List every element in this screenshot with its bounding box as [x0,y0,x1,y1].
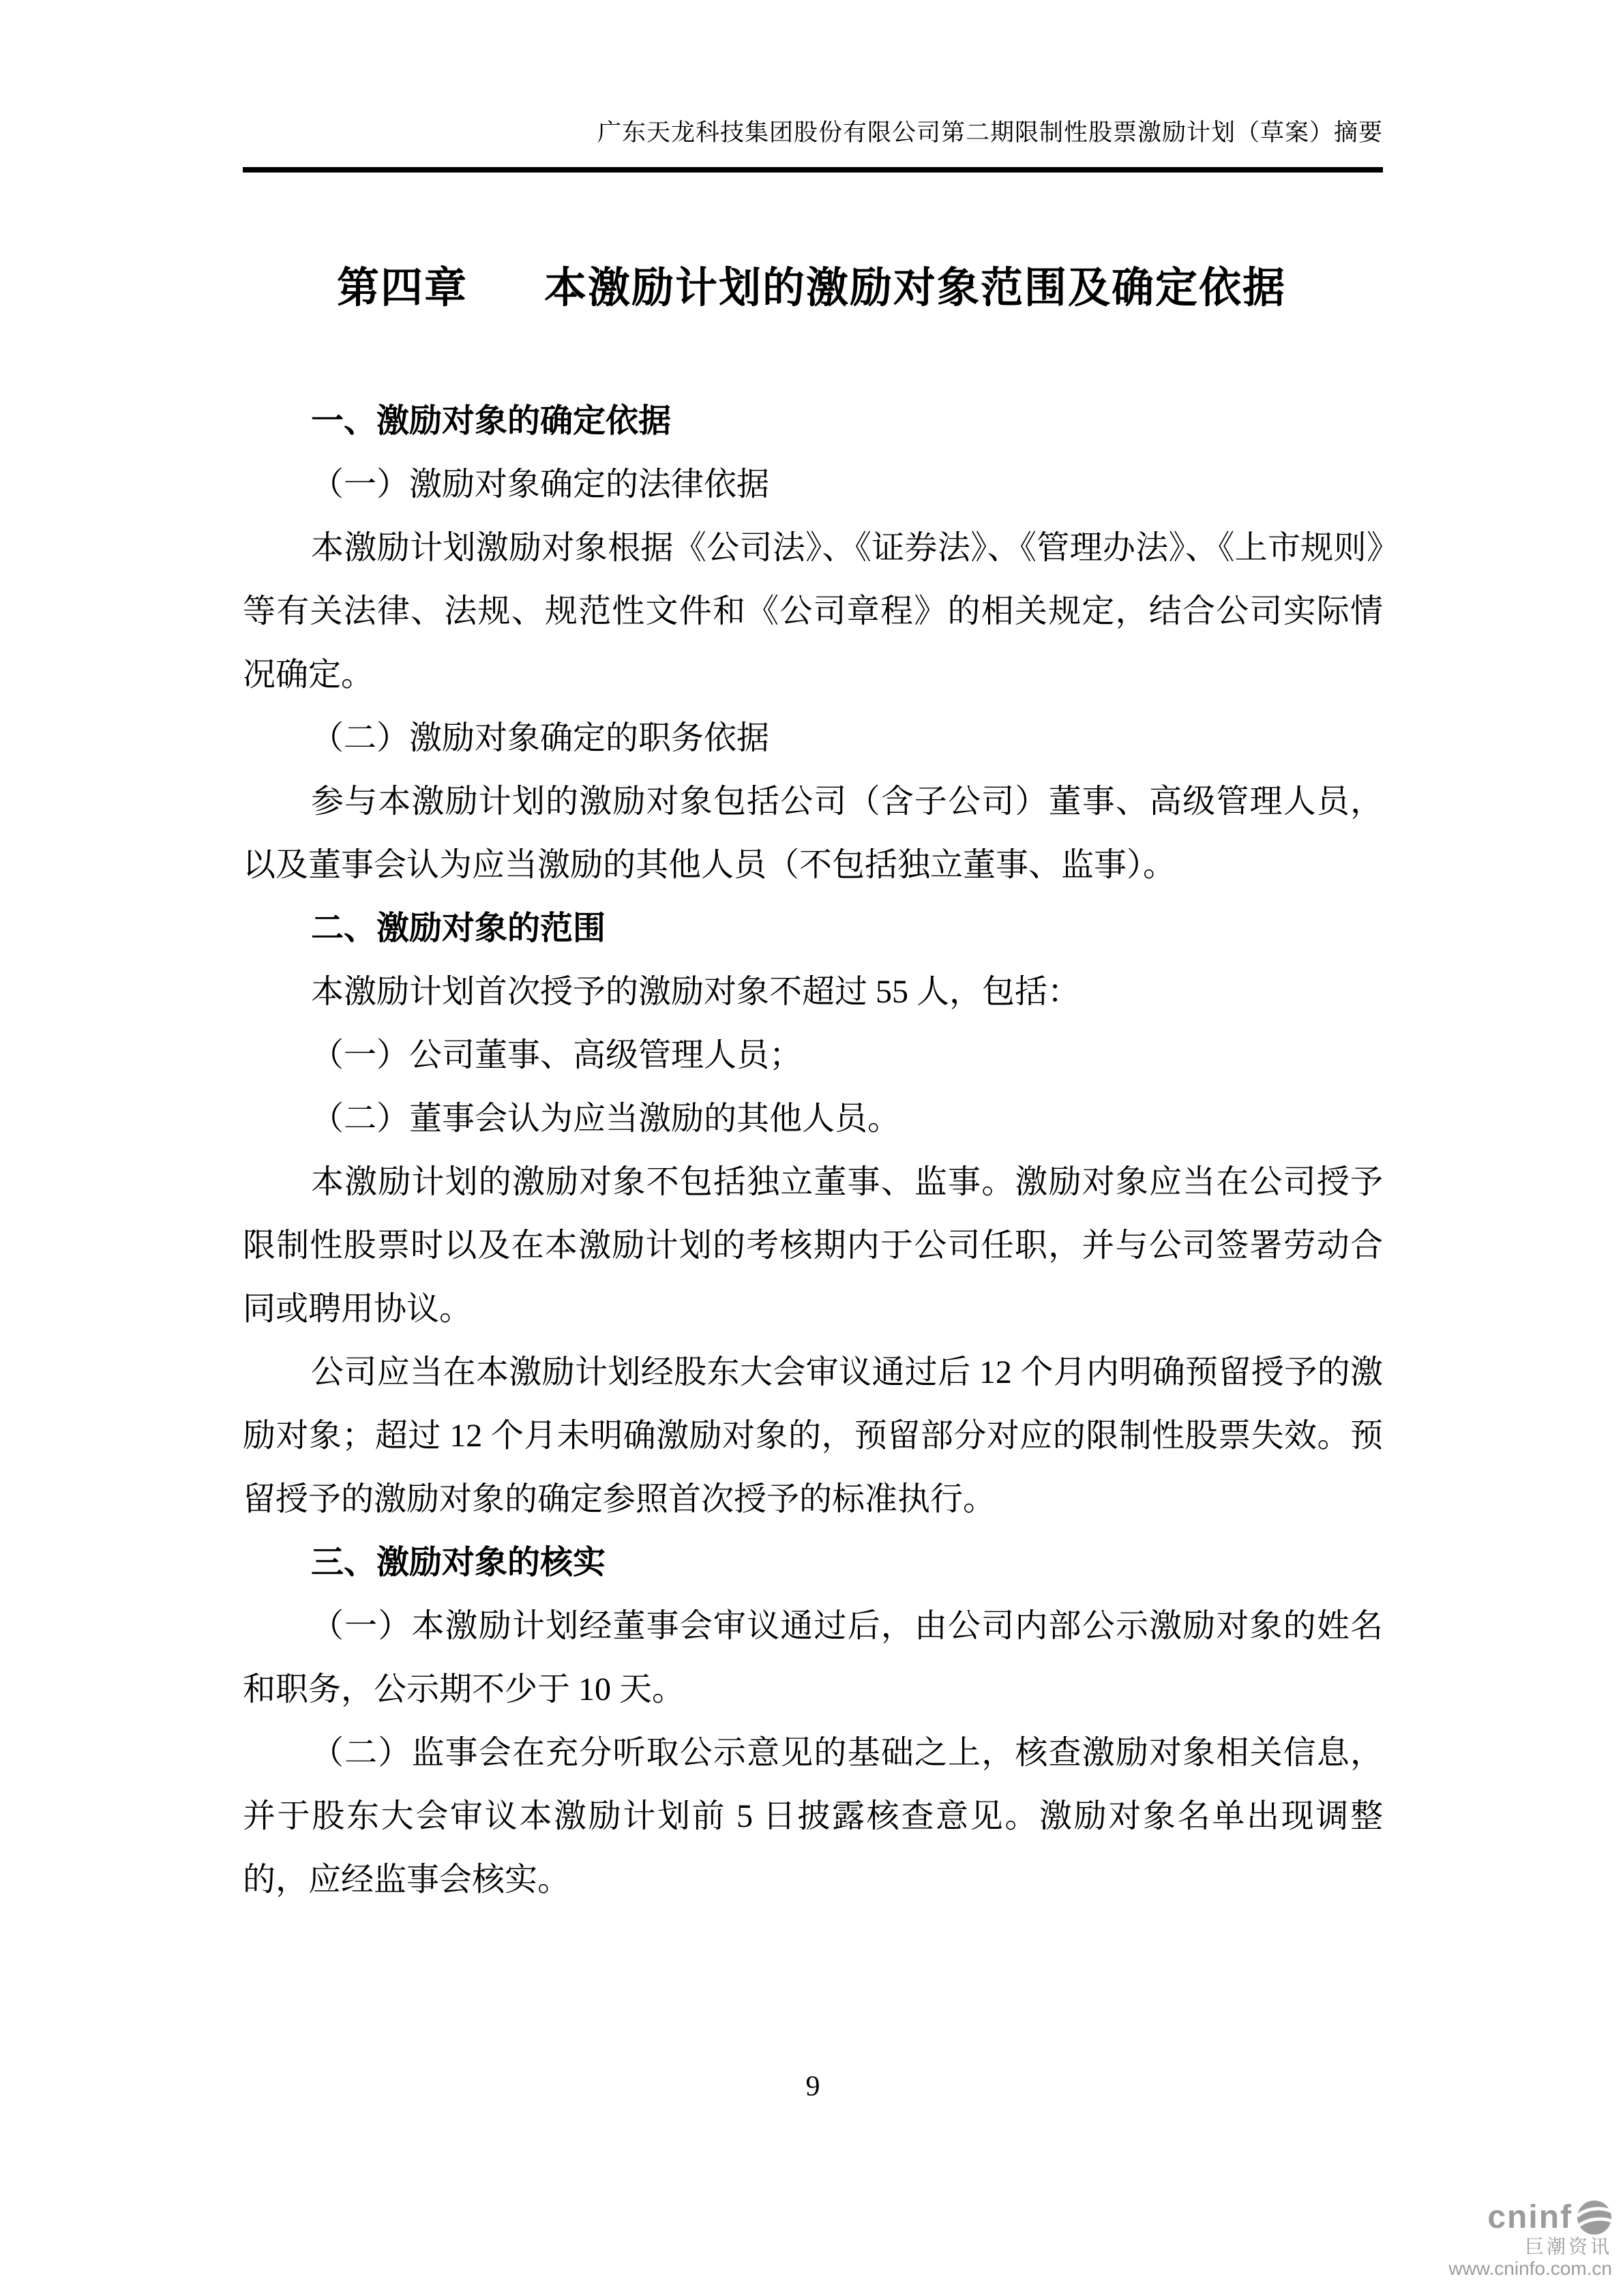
body-paragraph: 本激励计划的激励对象不包括独立董事、监事。激励对象应当在公司授予限制性股票时以及… [243,1150,1383,1341]
body-paragraph: 参与本激励计划的激励对象包括公司（含子公司）董事、高级管理人员，以及董事会认为应… [243,770,1383,897]
page-header: 广东天龙科技集团股份有限公司第二期限制性股票激励计划（草案）摘要 [243,119,1383,147]
body-paragraph: （一）公司董事、高级管理人员； [243,1024,1383,1087]
body-paragraph: （二）董事会认为应当激励的其他人员。 [243,1087,1383,1150]
page-number: 9 [243,2070,1383,2103]
body-paragraph: （二）监事会在充分听取公示意见的基础之上，核查激励对象相关信息，并于股东大会审议… [243,1721,1383,1911]
cninfo-brand-row: cninf [1435,2200,1612,2235]
cninfo-globe-icon [1577,2200,1612,2235]
body-paragraph: 公司应当在本激励计划经股东大会审议通过后 12 个月内明确预留授予的激励对象；超… [243,1341,1383,1531]
section-heading: 三、激励对象的核实 [243,1531,1383,1594]
document-body: 一、激励对象的确定依据（一）激励对象确定的法律依据本激励计划激励对象根据《公司法… [243,389,1383,1911]
chapter-label: 第四章 [337,265,468,312]
body-paragraph: 本激励计划激励对象根据《公司法》、《证券法》、《管理办法》、《上市规则》等有关法… [243,516,1383,706]
chapter-title: 第四章本激励计划的激励对象范围及确定依据 [0,265,1623,312]
body-paragraph: （一）本激励计划经董事会审议通过后，由公司内部公示激励对象的姓名和职务，公示期不… [243,1594,1383,1721]
body-paragraph: （二）激励对象确定的职务依据 [243,706,1383,770]
body-paragraph: （一）激励对象确定的法律依据 [243,453,1383,516]
cninfo-watermark: cninf 巨潮资讯 www.cninfo.com.cn [1435,2200,1612,2279]
section-heading: 一、激励对象的确定依据 [243,389,1383,453]
body-paragraph: 本激励计划首次授予的激励对象不超过 55 人，包括： [243,960,1383,1024]
cninfo-url: www.cninfo.com.cn [1435,2258,1612,2279]
header-divider [243,167,1383,173]
section-heading: 二、激励对象的范围 [243,897,1383,960]
chapter-title-text: 本激励计划的激励对象范围及确定依据 [544,265,1286,312]
cninfo-name: 巨潮资讯 [1435,2237,1612,2257]
document-page: 广东天龙科技集团股份有限公司第二期限制性股票激励计划（草案）摘要 第四章本激励计… [0,0,1623,2296]
cninfo-brand-text: cninf [1487,2201,1573,2234]
